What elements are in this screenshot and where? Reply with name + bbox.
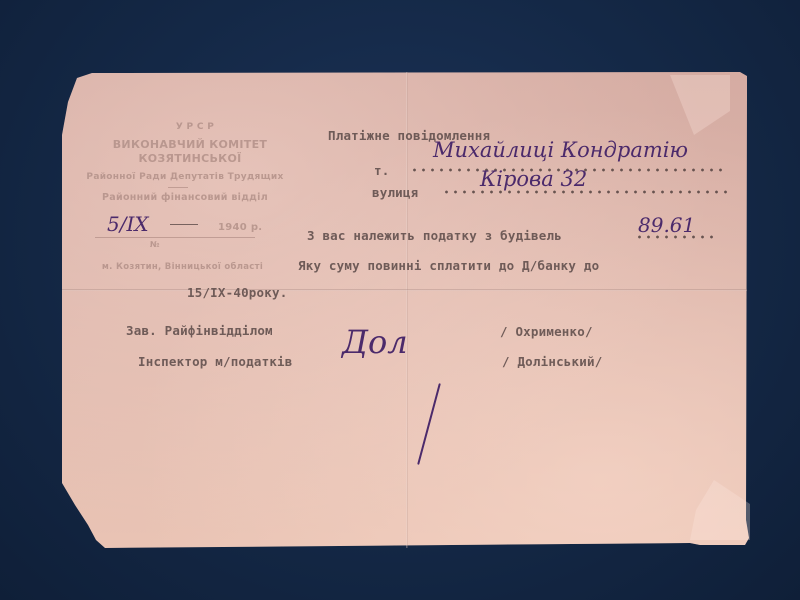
stamp-executive-committee: ВИКОНАВЧИЙ КОМІТЕТ [100, 138, 280, 151]
inspector-name: / Долінський/ [502, 354, 602, 369]
stamp-district: КОЗЯТИНСЬКОЇ [100, 152, 280, 165]
due-date: 15/IX-40року. [187, 285, 287, 300]
street-value: Кірова 32 [480, 167, 587, 191]
stamp-council: Районної Ради Депутатів Трудящих [80, 172, 290, 182]
stamp-location: м. Козятин, Вінницької області [80, 262, 285, 272]
stamp-year: 1940 р. [218, 222, 262, 233]
stamp-republic: У Р С Р [135, 122, 255, 132]
stamp-date-handwritten: 5/IX [107, 212, 149, 236]
recipient-label: т. [374, 163, 389, 178]
stamp-rule [168, 187, 188, 188]
vertical-fold-crease [406, 72, 408, 548]
inspector-signature: Дол [342, 323, 408, 361]
head-name: / Охрименко/ [500, 324, 593, 339]
amount-value: 89.61 [638, 213, 695, 237]
head-label: Зав. Райфінвідділом [126, 323, 273, 338]
stamp-underline [95, 237, 255, 238]
stamp-number-label: № [150, 240, 160, 249]
recipient-name: Михайлиці Кондратію [433, 138, 688, 162]
horizontal-fold-crease [62, 289, 747, 291]
inspector-label: Інспектор м/податків [138, 354, 293, 369]
amount-label: З вас належить податку з будівель [307, 228, 562, 243]
street-label: вулиця [372, 185, 418, 200]
due-instruction: Яку суму повинні сплатити до Д/банку до [298, 258, 599, 273]
date-dash [170, 224, 198, 225]
street-dotted-line [442, 190, 732, 194]
amount-dotted-line [635, 235, 715, 239]
stamp-finance-dept: Районний фінансовий відділ [80, 192, 290, 203]
